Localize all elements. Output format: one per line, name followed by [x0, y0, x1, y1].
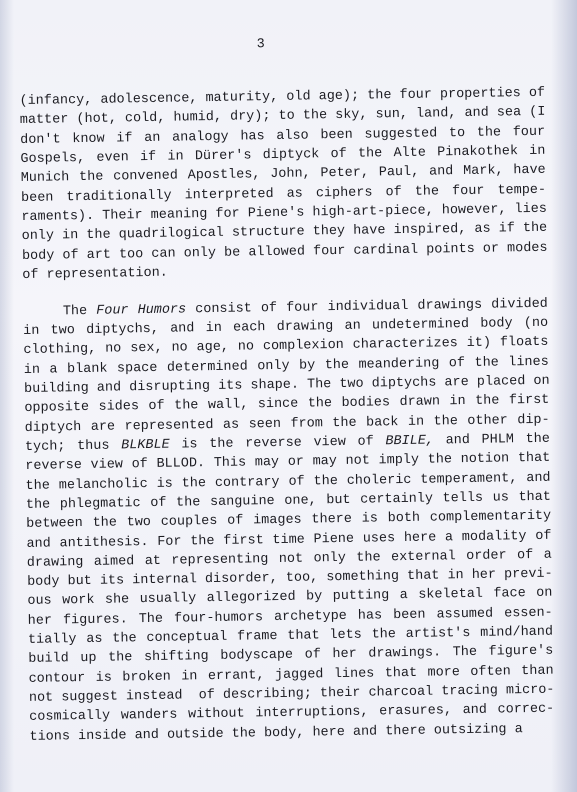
page-number: 3	[257, 37, 265, 52]
text-span: is the reverse view of	[170, 434, 386, 452]
text-span: The	[63, 303, 97, 319]
artwork-title: BBILE,	[385, 433, 434, 449]
text-span: tych; thus	[25, 438, 121, 455]
text-span: consist of four individual drawings divi…	[186, 296, 548, 317]
artwork-title: Four Humors	[96, 302, 186, 318]
artwork-title: BLKBLE	[121, 438, 170, 454]
text-span: and PHLM the	[434, 432, 550, 449]
scanned-page: 3 (infancy, adolescence, maturity, old a…	[0, 0, 577, 792]
